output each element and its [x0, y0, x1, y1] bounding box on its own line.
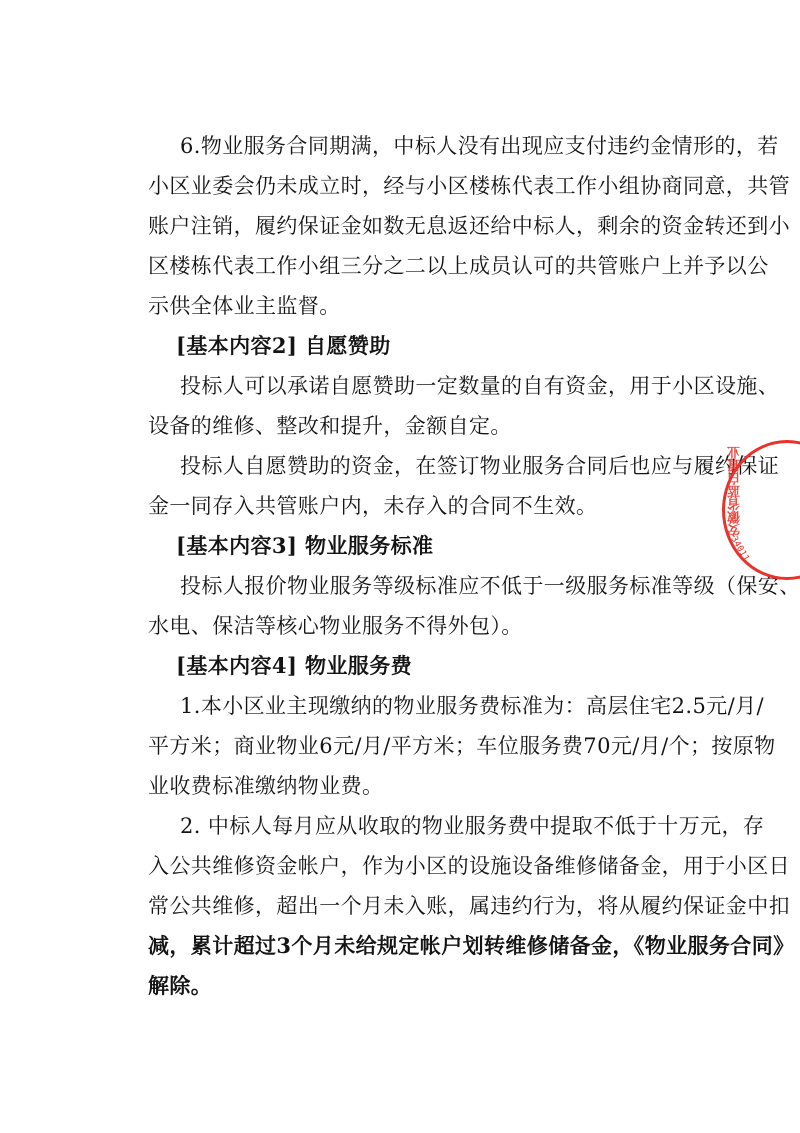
text-line: 解除。: [148, 971, 648, 1001]
text-line: 投标人可以承诺自愿赞助一定数量的自有资金，用于小区设施、: [180, 371, 680, 401]
section-heading: [基本内容2] 自愿赞助: [176, 331, 676, 361]
text-line: 区楼栋代表工作小组三分之二以上成员认可的共管账户上并予以公: [148, 251, 648, 281]
document-page: 6.物业服务合同期满，中标人没有出现应支付违约金情形的，若小区业委会仍未成立时，…: [0, 0, 800, 1133]
text-line: 常公共维修，超出一个月未入账，属违约行为，将从履约保证金中扣: [148, 891, 648, 921]
text-line: 减，累计超过3个月未给规定帐户划转维修储备金，《物业服务合同》: [148, 931, 648, 961]
seal-text: 安徽省蓝白置业: [728, 446, 750, 537]
text-line: 1.本小区业主现缴纳的物业服务费标准为：高层住宅2.5元/月/: [180, 691, 680, 721]
text-line: 入公共维修资金帐户，作为小区的设施设备维修储备金，用于小区日: [148, 851, 648, 881]
section-heading: [基本内容4] 物业服务费: [176, 651, 676, 681]
text-line: 示供全体业主监督。: [148, 291, 648, 321]
text-line: 设备的维修、整改和提升，金额自定。: [148, 411, 648, 441]
text-line: 2. 中标人每月应从收取的物业服务费中提取不低于十万元，存: [180, 811, 680, 841]
text-line: 水电、保洁等核心物业服务不得外包）。: [148, 611, 648, 641]
text-line: 投标人自愿赞助的资金，在签订物业服务合同后也应与履约保证: [180, 451, 680, 481]
text-line: 平方米；商业物业6元/月/平方米；车位服务费70元/月/个；按原物: [148, 731, 648, 761]
text-line: 小区业委会仍未成立时，经与小区楼栋代表工作小组协商同意，共管: [148, 171, 648, 201]
official-seal-stamp: 安徽省蓝白置业 34011: [712, 440, 800, 580]
text-line: 业收费标准缴纳物业费。: [148, 771, 648, 801]
text-line: 账户注销，履约保证金如数无息返还给中标人，剩余的资金转还到小: [148, 211, 648, 241]
text-line: 投标人报价物业服务等级标准应不低于一级服务标准等级（保安、: [180, 571, 680, 601]
section-heading: [基本内容3] 物业服务标准: [176, 531, 676, 561]
text-line: 金一同存入共管账户内，未存入的合同不生效。: [148, 491, 648, 521]
text-line: 6.物业服务合同期满，中标人没有出现应支付违约金情形的，若: [180, 131, 680, 161]
